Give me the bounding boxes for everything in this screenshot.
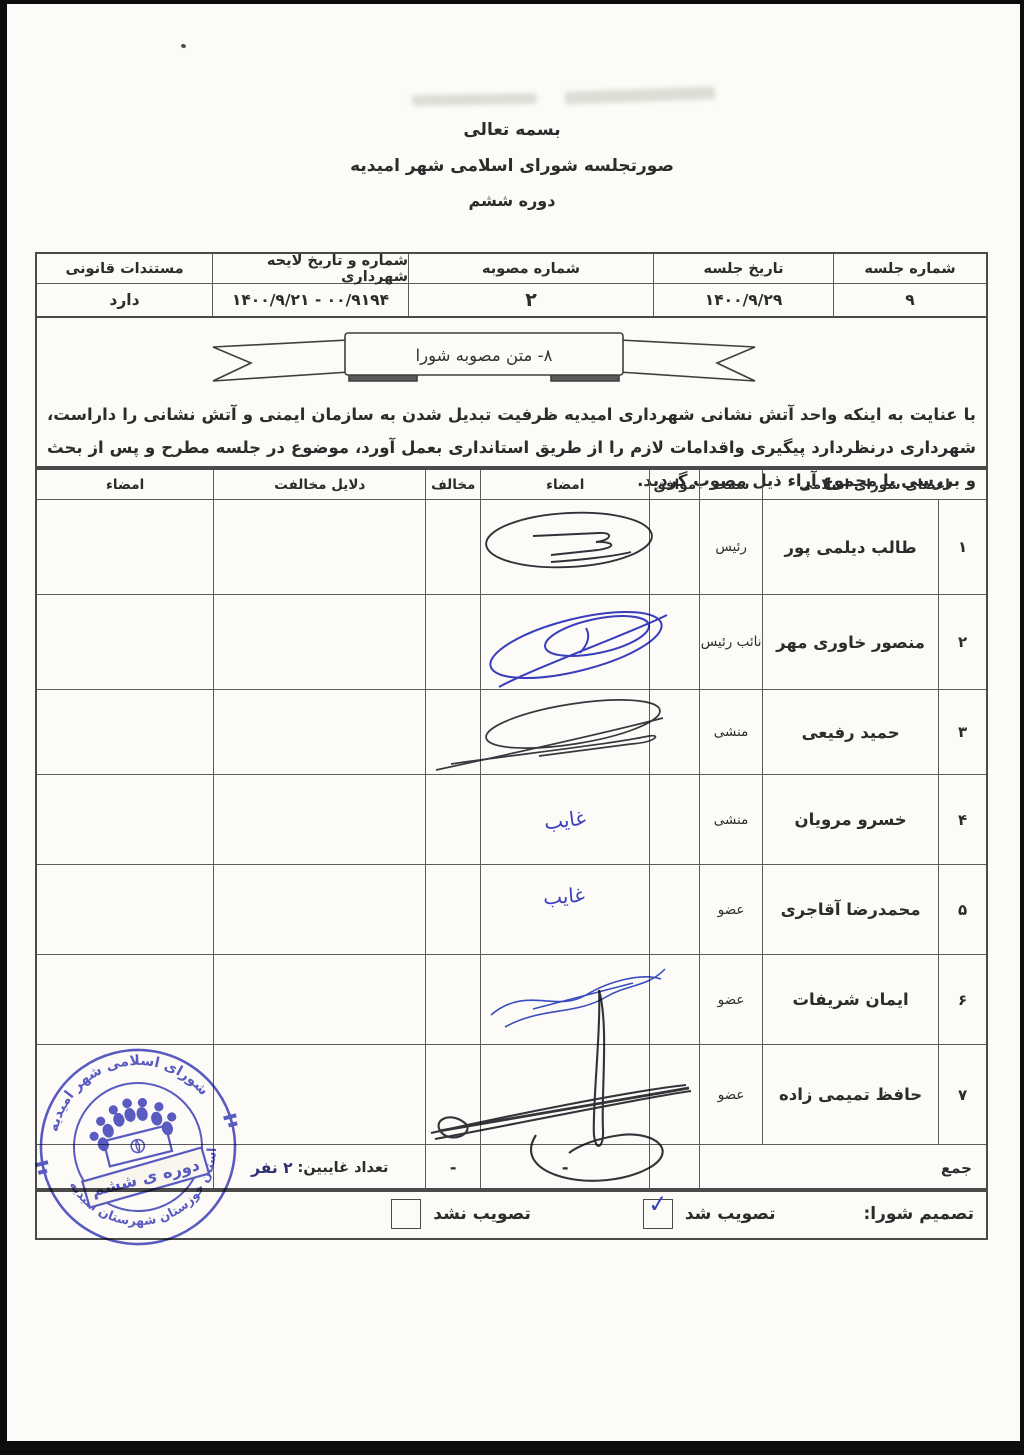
signature-cell xyxy=(480,595,649,689)
member-position: عضو xyxy=(699,955,762,1044)
member-row-4: ۴ خسرو مرویان منشی غایب xyxy=(37,775,986,865)
ribbon-title-text: ۸- متن مصوبه شورا xyxy=(416,346,553,366)
council-decision-row: تصمیم شورا: تصویب شد ✓ تصویب نشد xyxy=(35,1188,988,1240)
oppose-reason-cell xyxy=(213,1045,425,1144)
faded-smudge-left xyxy=(412,93,537,106)
legal-docs-header: مستندات قانونی xyxy=(37,254,212,283)
signature-row-3 xyxy=(481,690,651,775)
signature-row-7 xyxy=(481,1045,651,1145)
oppose-cell xyxy=(425,595,480,689)
oppose-reason-cell xyxy=(213,595,425,689)
agree-cell xyxy=(649,690,699,774)
oppose-cell xyxy=(425,690,480,774)
oppose-cell xyxy=(425,955,480,1044)
section-ribbon-banner: ۸- متن مصوبه شورا xyxy=(209,331,759,391)
oppose-cell xyxy=(425,865,480,954)
total-oppose-dash: - xyxy=(425,1145,480,1190)
oppose-reason-cell xyxy=(213,865,425,954)
resolution-section: ۸- متن مصوبه شورا با عنایت به اینکه واحد… xyxy=(35,316,988,468)
ribbon-fold-left xyxy=(349,375,417,381)
bill-number-date-header: شماره و تاریخ لایحه شهرداری xyxy=(212,254,408,283)
agree-cell xyxy=(649,1045,699,1144)
row-number: ۴ xyxy=(938,775,986,864)
oppose-signature-cell xyxy=(37,865,213,954)
agree-cell xyxy=(649,775,699,864)
members-header-row: اعضای شورای اسلامی سمت موافق امضاء مخالف… xyxy=(37,470,986,500)
agree-cell xyxy=(649,865,699,954)
rejected-label: تصویب نشد xyxy=(433,1204,531,1224)
scan-edge-top xyxy=(0,0,1024,4)
oppose-signature-cell xyxy=(37,595,213,689)
member-name: حمید رفیعی xyxy=(762,690,938,774)
row-number: ۳ xyxy=(938,690,986,774)
oppose-reason-cell xyxy=(213,500,425,594)
oppose-signature-cell xyxy=(37,1045,213,1144)
member-name: ایمان شریفات xyxy=(762,955,938,1044)
oppose-reason-cell xyxy=(213,690,425,774)
signature-cell xyxy=(480,1045,649,1144)
signature-cell: غایب xyxy=(480,865,649,954)
oppose-signature-cell xyxy=(37,690,213,774)
members-vote-table: اعضای شورای اسلامی سمت موافق امضاء مخالف… xyxy=(35,468,988,1192)
agree-cell xyxy=(649,595,699,689)
scan-edge-bottom xyxy=(0,1441,1024,1455)
scanned-council-minutes-page: بسمه تعالی صورتجلسه شورای اسلامی شهر امی… xyxy=(0,0,1024,1455)
absent-count-cell: تعداد غایبین: ۲ نفر xyxy=(213,1145,425,1190)
approved-option: تصویب شد ✓ xyxy=(643,1199,776,1229)
scan-edge-right xyxy=(1020,0,1024,1455)
signature-cell xyxy=(480,690,649,774)
absent-handwritten-note: غایب xyxy=(543,805,587,834)
total-agree-cell xyxy=(649,1145,699,1190)
members-column-header: اعضای شورای اسلامی xyxy=(762,470,986,499)
oppose-column-header: مخالف xyxy=(425,470,480,499)
ribbon-left-tail xyxy=(213,340,349,381)
session-date-header: تاریخ جلسه xyxy=(653,254,833,283)
oppose-reason-cell xyxy=(213,775,425,864)
member-name: حافظ تمیمی زاده xyxy=(762,1045,938,1144)
rejected-checkbox xyxy=(391,1199,421,1229)
member-row-5: ۵ محمدرضا آقاجری عضو غایب xyxy=(37,865,986,955)
member-position: منشی xyxy=(699,775,762,864)
check-icon: ✓ xyxy=(646,1189,669,1219)
total-row: جمع - - تعداد غایبین: ۲ نفر xyxy=(37,1145,986,1190)
signature-column-header: امضاء xyxy=(480,470,649,499)
bismillah-text: بسمه تعالی xyxy=(0,120,1024,140)
legal-docs-value: دارد xyxy=(37,284,212,316)
resolution-number-value: ۲ xyxy=(408,284,653,316)
agree-cell xyxy=(649,500,699,594)
signature-cell xyxy=(480,955,649,1044)
document-title: صورتجلسه شورای اسلامی شهر امیدیه xyxy=(0,156,1024,176)
member-row-7: ۷ حافظ تمیمی زاده عضو xyxy=(37,1045,986,1145)
session-summary-table: شماره جلسه تاریخ جلسه شماره مصوبه شماره … xyxy=(35,252,988,318)
position-column-header: سمت xyxy=(699,470,762,499)
summary-values-row: ۹ ۱۴۰۰/۹/۲۹ ۲ ۰۰/۹۱۹۴ - ۱۴۰۰/۹/۲۱ دارد xyxy=(37,284,986,316)
session-number-value: ۹ xyxy=(833,284,986,316)
absent-count-label: تعداد غایبین: xyxy=(298,1160,389,1176)
resolution-number-header: شماره مصوبه xyxy=(408,254,653,283)
oppose-signature-cell xyxy=(37,500,213,594)
total-label: جمع xyxy=(699,1145,986,1190)
signature-row-6 xyxy=(481,955,651,1045)
member-name: منصور خاوری مهر xyxy=(762,595,938,689)
signature-cell xyxy=(480,500,649,594)
member-position: عضو xyxy=(699,865,762,954)
member-row-1: ۱ طالب دیلمی پور رئیس xyxy=(37,500,986,595)
row-number: ۲ xyxy=(938,595,986,689)
oppose-cell xyxy=(425,775,480,864)
document-header: بسمه تعالی صورتجلسه شورای اسلامی شهر امی… xyxy=(0,120,1024,210)
row-number: ۶ xyxy=(938,955,986,1044)
member-position: منشی xyxy=(699,690,762,774)
approved-checkbox: ✓ xyxy=(643,1199,673,1229)
member-position: رئیس xyxy=(699,500,762,594)
summary-header-row: شماره جلسه تاریخ جلسه شماره مصوبه شماره … xyxy=(37,254,986,284)
agree-cell xyxy=(649,955,699,1044)
oppose-reason-cell xyxy=(213,955,425,1044)
term-subtitle: دوره ششم xyxy=(0,191,1024,210)
row-number: ۱ xyxy=(938,500,986,594)
oppose-signature-cell xyxy=(37,775,213,864)
member-name: خسرو مرویان xyxy=(762,775,938,864)
rejected-option: تصویب نشد xyxy=(391,1199,531,1229)
bill-number-date-value: ۰۰/۹۱۹۴ - ۱۴۰۰/۹/۲۱ xyxy=(212,284,408,316)
oppose-cell xyxy=(425,500,480,594)
approved-label: تصویب شد xyxy=(685,1204,776,1224)
total-signature-dash: - xyxy=(480,1145,649,1190)
session-number-header: شماره جلسه xyxy=(833,254,986,283)
ink-speck xyxy=(180,43,186,48)
agree-column-header: موافق xyxy=(649,470,699,499)
member-position: نائب رئیس xyxy=(699,595,762,689)
row-number: ۵ xyxy=(938,865,986,954)
member-name: محمدرضا آقاجری xyxy=(762,865,938,954)
signature-row-2 xyxy=(481,595,651,690)
absent-handwritten-note: غایب xyxy=(543,882,586,909)
oppose-cell xyxy=(425,1045,480,1144)
decision-label: تصمیم شورا: xyxy=(863,1204,974,1224)
absent-count-value: ۲ نفر xyxy=(251,1159,292,1177)
member-row-3: ۳ حمید رفیعی منشی xyxy=(37,690,986,775)
session-date-value: ۱۴۰۰/۹/۲۹ xyxy=(653,284,833,316)
ribbon-right-tail xyxy=(619,340,755,381)
oppose-signature-column-header: امضاء xyxy=(37,470,213,499)
member-row-2: ۲ منصور خاوری مهر نائب رئیس xyxy=(37,595,986,690)
total-oppose-signature-cell xyxy=(37,1145,213,1190)
oppose-signature-cell xyxy=(37,955,213,1044)
signature-cell: غایب xyxy=(480,775,649,864)
member-row-6: ۶ ایمان شریفات عضو xyxy=(37,955,986,1045)
row-number: ۷ xyxy=(938,1045,986,1144)
signature-row-1 xyxy=(481,500,651,595)
oppose-reasons-column-header: دلایل مخالفت xyxy=(213,470,425,499)
ribbon-fold-right xyxy=(551,375,619,381)
faded-smudge-right xyxy=(565,86,715,104)
member-name: طالب دیلمی پور xyxy=(762,500,938,594)
member-position: عضو xyxy=(699,1045,762,1144)
scan-edge-left xyxy=(0,0,7,1455)
